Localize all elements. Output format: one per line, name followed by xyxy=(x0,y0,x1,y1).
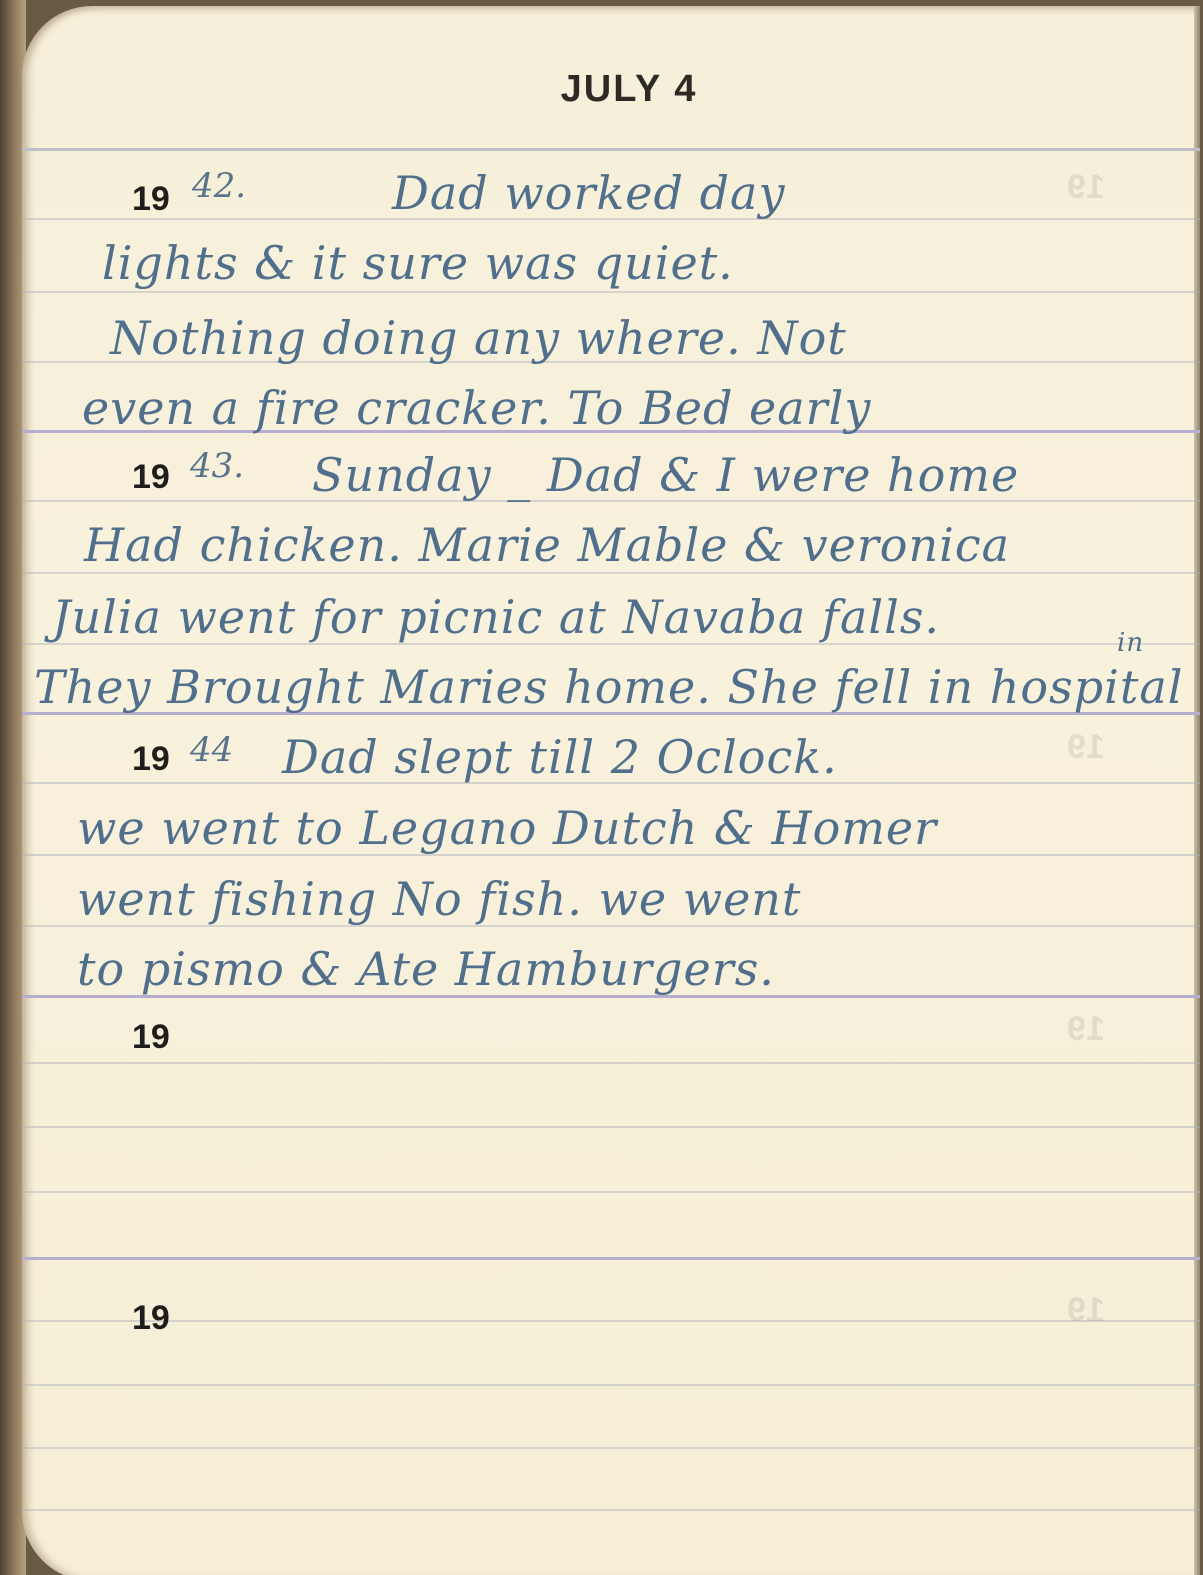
printed-year: 19 xyxy=(132,1299,170,1338)
date-heading: JULY 4 xyxy=(22,68,1200,111)
handwritten-year: 43. xyxy=(190,446,244,486)
entry-line: we went to Legano Dutch & Homer xyxy=(77,801,937,855)
entry-line: Sunday _ Dad & I were home xyxy=(312,448,1019,502)
diary-page: JULY 4 19 19 19 19 19 42. Dad worked day… xyxy=(22,6,1200,1575)
ruled-line xyxy=(22,1447,1200,1449)
ruled-line xyxy=(22,291,1200,293)
printed-year: 19 xyxy=(132,458,170,497)
ruled-line xyxy=(22,148,1200,151)
entry-line: Nothing doing any where. Not xyxy=(110,311,847,365)
handwritten-year: 44 xyxy=(190,730,233,770)
handwritten-year: 42. xyxy=(192,166,246,206)
section-divider xyxy=(22,1257,1200,1260)
entry-line: to pismo & Ate Hamburgers. xyxy=(77,942,775,996)
ruled-line xyxy=(22,1320,1200,1322)
entry-line: Julia went for picnic at Navaba falls. xyxy=(52,590,940,644)
bleed-through-year: 19 xyxy=(1067,168,1105,207)
printed-year: 19 xyxy=(132,740,170,779)
entry-line: lights & it sure was quiet. xyxy=(102,236,734,290)
entry-line: They Brought Maries home. She fell in ho… xyxy=(34,660,1183,714)
printed-year: 19 xyxy=(132,1018,170,1057)
entry-line: Had chicken. Marie Mable & veronica xyxy=(84,518,1010,572)
entry-line: Dad worked day xyxy=(392,166,785,220)
ruled-line xyxy=(22,1191,1200,1193)
bleed-through-year: 19 xyxy=(1067,1291,1105,1330)
ruled-line xyxy=(22,1384,1200,1386)
bleed-through-year: 19 xyxy=(1067,1010,1105,1049)
entry-line: went fishing No fish. we went xyxy=(77,872,801,926)
interlinear-insert: in xyxy=(1117,628,1144,658)
ruled-line xyxy=(22,572,1200,574)
entry-line: Dad slept till 2 Oclock. xyxy=(282,730,838,784)
ruled-line xyxy=(22,1126,1200,1128)
bleed-through-year: 19 xyxy=(1067,728,1105,767)
ruled-line xyxy=(22,1062,1200,1064)
entry-line: even a fire cracker. To Bed early xyxy=(82,381,871,435)
printed-year: 19 xyxy=(132,180,170,219)
ruled-line xyxy=(22,1509,1200,1511)
page-edge xyxy=(1194,6,1200,1575)
